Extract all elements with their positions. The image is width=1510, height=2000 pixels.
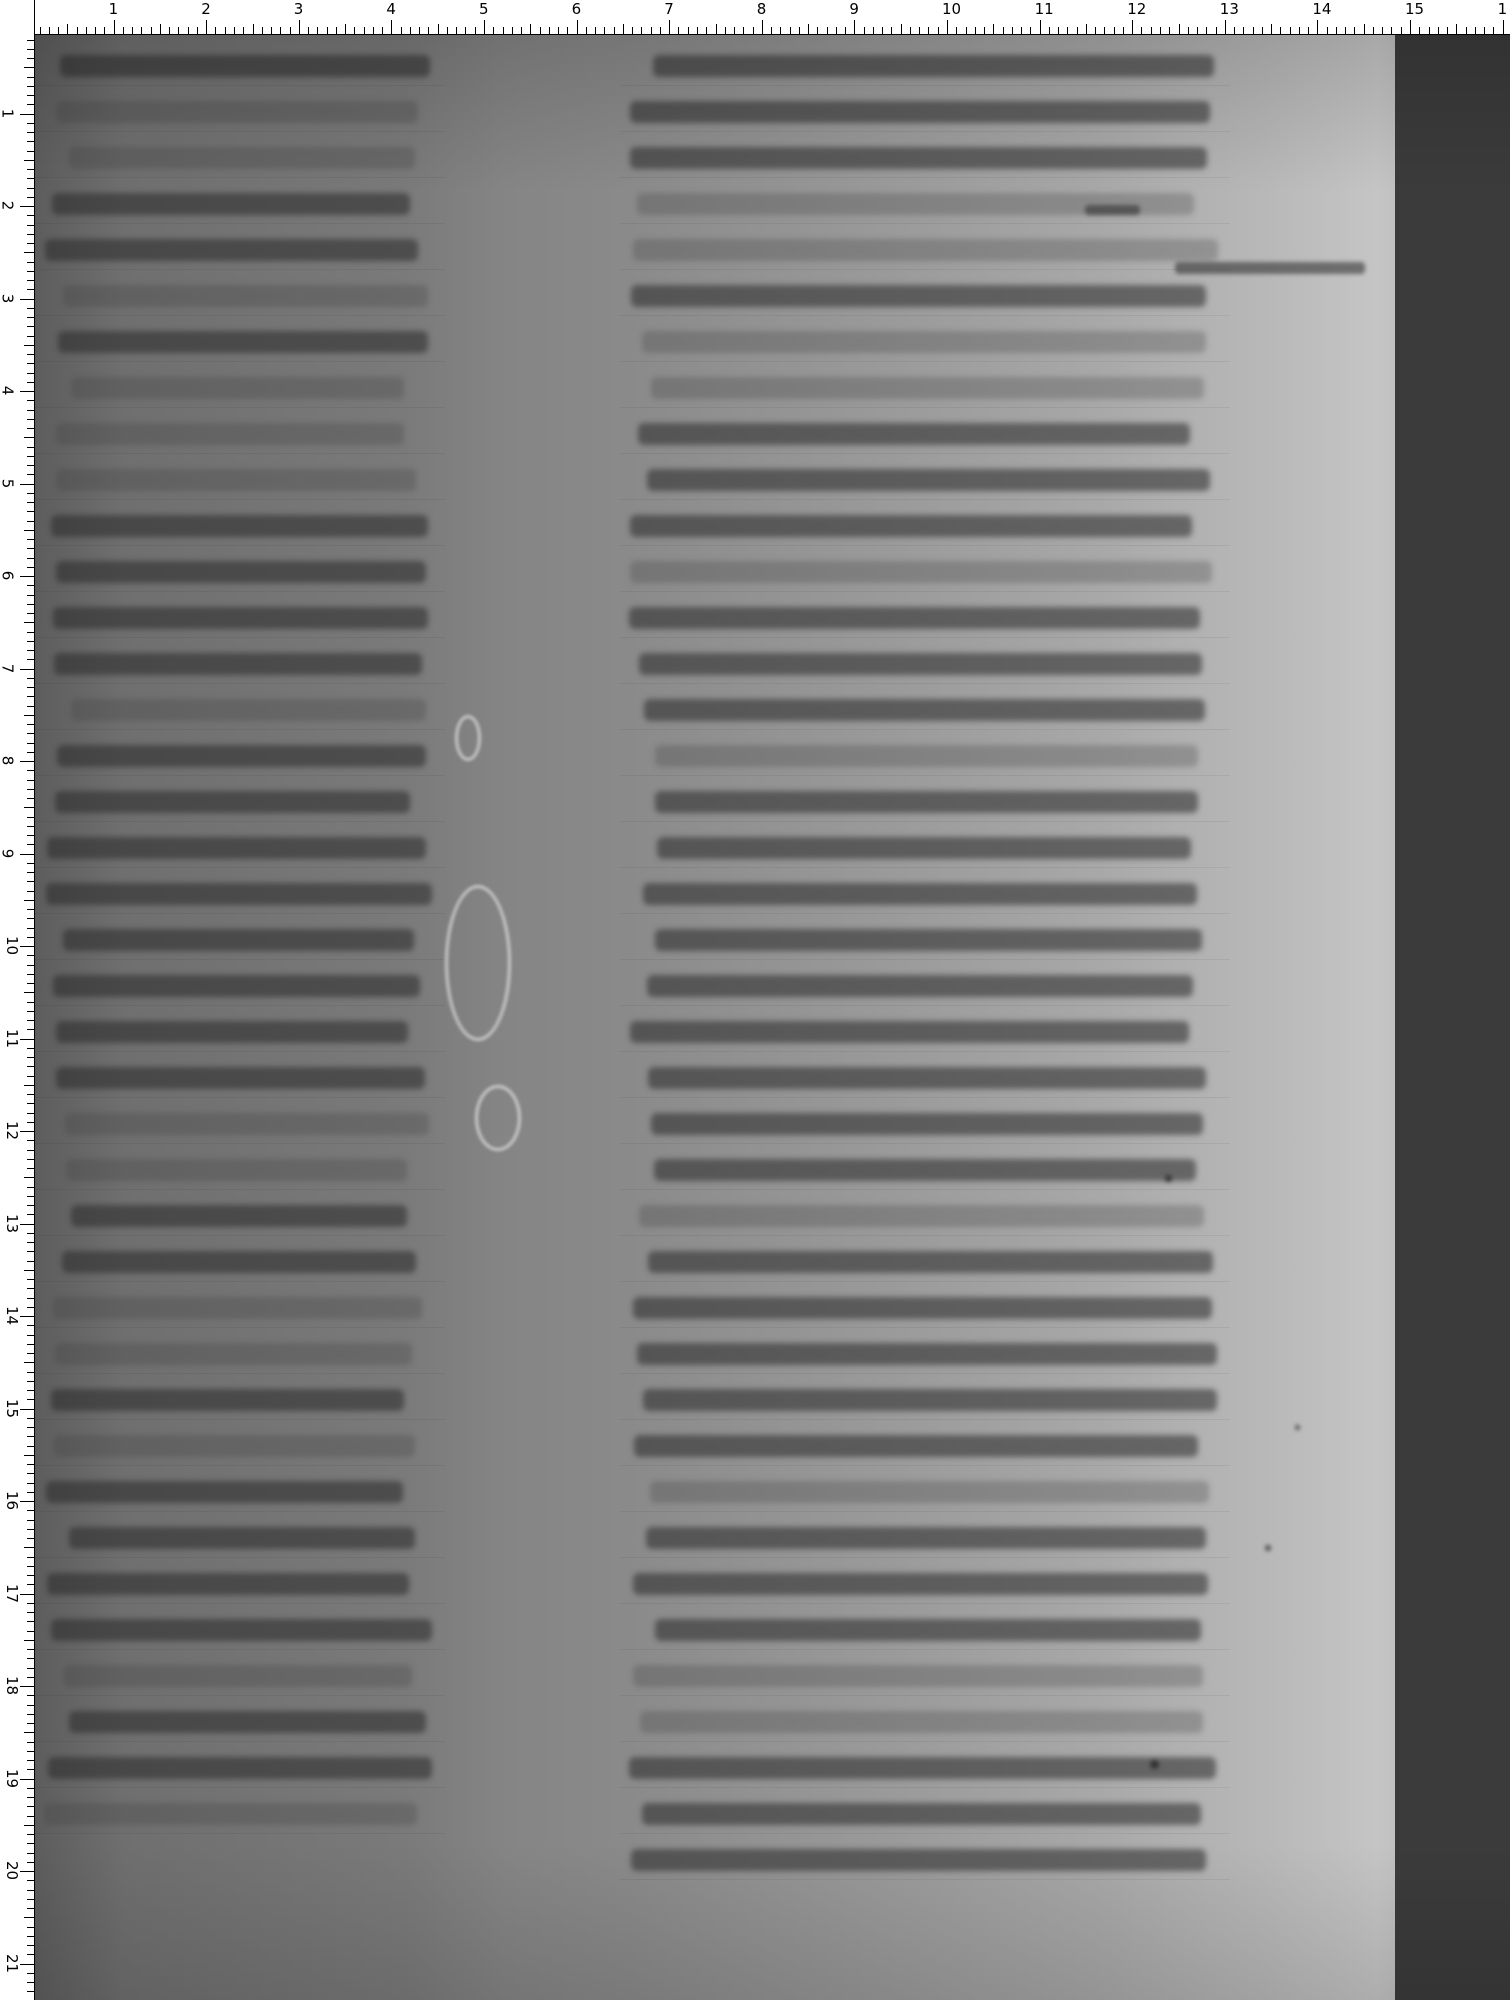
ruling-line bbox=[35, 637, 445, 638]
ruler-label: 3 bbox=[294, 2, 304, 17]
ruler-tick bbox=[27, 169, 34, 170]
ruling-line bbox=[620, 85, 1230, 86]
ruler-tick bbox=[27, 1890, 34, 1891]
ruler-tick bbox=[262, 27, 263, 34]
text-line bbox=[631, 285, 1206, 307]
ruling-line bbox=[35, 1097, 445, 1098]
ruler-tick bbox=[27, 308, 34, 309]
ruler-tick bbox=[24, 160, 34, 161]
text-line bbox=[650, 1481, 1209, 1503]
ruler-tick bbox=[27, 1862, 34, 1863]
ruler-label: 12 bbox=[4, 1121, 19, 1140]
ruler-tick bbox=[27, 1344, 34, 1345]
ink-spot bbox=[1265, 1545, 1271, 1551]
ruler-tick bbox=[27, 271, 34, 272]
ruling-line bbox=[35, 591, 445, 592]
ruler-tick bbox=[1280, 27, 1281, 34]
ruler-tick bbox=[753, 27, 754, 34]
text-line bbox=[56, 469, 417, 491]
ruler-tick bbox=[1206, 27, 1207, 34]
ruling-line bbox=[620, 1557, 1230, 1558]
text-line bbox=[69, 147, 415, 169]
ruler-tick bbox=[27, 40, 34, 41]
ruler-tick bbox=[58, 27, 59, 34]
ruler-tick bbox=[1049, 27, 1050, 34]
ruler-tick bbox=[27, 1649, 34, 1650]
ruler-tick bbox=[27, 928, 34, 929]
ruling-line bbox=[620, 1603, 1230, 1604]
ruler-tick bbox=[27, 955, 34, 956]
ruler-tick bbox=[27, 1390, 34, 1391]
ruler-tick bbox=[20, 484, 34, 485]
ruler-label: 6 bbox=[0, 571, 14, 581]
ruler-tick bbox=[132, 27, 133, 34]
text-line bbox=[71, 1205, 407, 1227]
manuscript-scan bbox=[35, 35, 1510, 2000]
ruler-tick bbox=[27, 585, 34, 586]
ruler-tick bbox=[27, 58, 34, 59]
ruler-tick bbox=[27, 752, 34, 753]
ruler-tick bbox=[27, 1464, 34, 1465]
text-line bbox=[643, 883, 1197, 905]
ruler-tick bbox=[160, 24, 161, 34]
ruler-tick bbox=[27, 650, 34, 651]
ruler-tick bbox=[901, 24, 902, 34]
ruler-label: 1 bbox=[1498, 2, 1508, 17]
ruler-tick bbox=[24, 1270, 34, 1271]
ruler-tick bbox=[1475, 27, 1476, 34]
ruler-tick bbox=[345, 24, 346, 34]
ruler-label: 2 bbox=[201, 2, 211, 17]
ruling-line bbox=[620, 1511, 1230, 1512]
ruler-tick bbox=[1438, 27, 1439, 34]
ruler-tick bbox=[27, 798, 34, 799]
ruler-label: 8 bbox=[757, 2, 767, 17]
ruler-tick bbox=[24, 622, 34, 623]
ruler-tick bbox=[27, 595, 34, 596]
ruler-tick bbox=[1123, 27, 1124, 34]
text-line bbox=[56, 561, 426, 583]
ruler-tick bbox=[27, 1954, 34, 1955]
ruler-tick bbox=[27, 1399, 34, 1400]
ruling-line bbox=[620, 499, 1230, 500]
ruler-tick bbox=[27, 419, 34, 420]
ruler-tick bbox=[1401, 27, 1402, 34]
ruler-label: 16 bbox=[4, 1491, 19, 1510]
ruler-tick bbox=[27, 844, 34, 845]
text-line bbox=[47, 837, 426, 859]
ruler-tick bbox=[27, 937, 34, 938]
ruler-label: 15 bbox=[1405, 2, 1424, 17]
ruler-label: 18 bbox=[4, 1676, 19, 1695]
ruler-tick bbox=[27, 447, 34, 448]
ruler-tick bbox=[27, 1353, 34, 1354]
ruler-tick bbox=[24, 1732, 34, 1733]
ruler-tick bbox=[20, 206, 34, 207]
text-line bbox=[56, 423, 404, 445]
ruler-tick bbox=[493, 27, 494, 34]
ruler-label: 11 bbox=[1035, 2, 1054, 17]
ruler-label: 21 bbox=[4, 1953, 19, 1972]
ruler-tick bbox=[799, 27, 800, 34]
text-line bbox=[643, 1389, 1217, 1411]
ruler-label: 10 bbox=[4, 936, 19, 955]
ruling-line bbox=[620, 1143, 1230, 1144]
top-ruler: 01234567891011121314151 bbox=[0, 0, 1510, 35]
text-line bbox=[630, 147, 1207, 169]
ruling-line bbox=[35, 1281, 445, 1282]
ruler-tick bbox=[27, 1196, 34, 1197]
ruler-tick bbox=[465, 27, 466, 34]
text-line bbox=[647, 975, 1193, 997]
ruler-tick bbox=[623, 24, 624, 34]
ruler-tick bbox=[725, 27, 726, 34]
ruler-tick bbox=[27, 724, 34, 725]
ruler-tick bbox=[1160, 27, 1161, 34]
ruler-tick bbox=[27, 826, 34, 827]
text-line bbox=[655, 745, 1198, 767]
ruler-tick bbox=[27, 1936, 34, 1937]
ruler-tick bbox=[651, 27, 652, 34]
ruler-tick bbox=[27, 1325, 34, 1326]
ruler-tick bbox=[873, 27, 874, 34]
text-line bbox=[53, 607, 428, 629]
ruler-tick bbox=[27, 86, 34, 87]
text-line bbox=[655, 929, 1201, 951]
ruler-tick bbox=[438, 24, 439, 34]
ruler-tick bbox=[27, 1677, 34, 1678]
ruler-tick bbox=[993, 24, 994, 34]
ruler-tick bbox=[484, 20, 485, 34]
ruler-tick bbox=[808, 24, 809, 34]
text-line bbox=[640, 1711, 1203, 1733]
ruler-tick bbox=[20, 114, 34, 115]
ruler-tick bbox=[20, 1779, 34, 1780]
text-line bbox=[71, 699, 426, 721]
ruler-tick bbox=[27, 465, 34, 466]
ruler-tick bbox=[27, 567, 34, 568]
text-line bbox=[631, 1849, 1206, 1871]
ruling-line bbox=[620, 1695, 1230, 1696]
ruler-tick bbox=[123, 27, 124, 34]
text-line bbox=[651, 1113, 1202, 1135]
ruler-tick bbox=[215, 27, 216, 34]
ruler-label: 9 bbox=[849, 2, 859, 17]
ruler-tick bbox=[1141, 27, 1142, 34]
ruler-tick bbox=[1290, 27, 1291, 34]
ruler-corner bbox=[0, 0, 34, 34]
ruling-line bbox=[35, 1005, 445, 1006]
ruler-tick bbox=[27, 1094, 34, 1095]
ruler-tick bbox=[1327, 27, 1328, 34]
ruler-tick bbox=[27, 632, 34, 633]
ruler-tick bbox=[27, 77, 34, 78]
ruler-tick bbox=[27, 215, 34, 216]
ruler-tick bbox=[1271, 24, 1272, 34]
ruler-tick bbox=[410, 27, 411, 34]
ruler-tick bbox=[1216, 27, 1217, 34]
ruler-tick bbox=[20, 1131, 34, 1132]
ruler-tick bbox=[1021, 27, 1022, 34]
ruler-tick bbox=[27, 1307, 34, 1308]
ruler-tick bbox=[27, 123, 34, 124]
ruler-label: 20 bbox=[4, 1861, 19, 1880]
ruler-tick bbox=[27, 49, 34, 50]
water-stain bbox=[475, 1085, 521, 1151]
ruler-tick bbox=[512, 27, 513, 34]
text-line bbox=[633, 1297, 1212, 1319]
ruler-tick bbox=[27, 1612, 34, 1613]
ruler-tick bbox=[27, 881, 34, 882]
ruler-label: 14 bbox=[1312, 2, 1331, 17]
ruling-line bbox=[35, 361, 445, 362]
scan-background-edge bbox=[1395, 35, 1510, 2000]
ruling-line bbox=[35, 223, 445, 224]
ruler-tick bbox=[1114, 27, 1115, 34]
ruler-tick bbox=[27, 1205, 34, 1206]
ruler-tick bbox=[1234, 27, 1235, 34]
ruler-tick bbox=[938, 27, 939, 34]
ruler-tick bbox=[928, 27, 929, 34]
ruler-tick bbox=[975, 27, 976, 34]
text-line bbox=[53, 975, 420, 997]
text-line bbox=[639, 1205, 1204, 1227]
ruler-tick bbox=[253, 24, 254, 34]
ruler-tick bbox=[20, 391, 34, 392]
ruler-tick bbox=[364, 27, 365, 34]
text-line bbox=[637, 1343, 1217, 1365]
ink-spot bbox=[1165, 1175, 1172, 1182]
text-line bbox=[642, 331, 1205, 353]
ruler-tick bbox=[40, 27, 41, 34]
ruler-tick bbox=[27, 1473, 34, 1474]
ruler-label: 9 bbox=[0, 848, 14, 858]
text-line bbox=[47, 1573, 409, 1595]
ruler-tick bbox=[27, 511, 34, 512]
ruler-tick bbox=[27, 382, 34, 383]
ruler-tick bbox=[27, 1298, 34, 1299]
ruler-tick bbox=[1364, 24, 1365, 34]
ruler-tick bbox=[27, 141, 34, 142]
ruler-tick bbox=[956, 27, 957, 34]
ruling-line bbox=[620, 637, 1230, 638]
ruler-tick bbox=[632, 27, 633, 34]
ruler-tick bbox=[308, 27, 309, 34]
ruler-tick bbox=[947, 20, 948, 34]
ruler-label: 11 bbox=[4, 1028, 19, 1047]
ruler-tick bbox=[891, 27, 892, 34]
ruler-tick bbox=[27, 1714, 34, 1715]
ruler-tick bbox=[1104, 27, 1105, 34]
text-line bbox=[630, 561, 1212, 583]
ruler-tick bbox=[27, 400, 34, 401]
ruler-tick bbox=[27, 428, 34, 429]
text-line bbox=[46, 1481, 404, 1503]
ruler-label: 4 bbox=[0, 386, 14, 396]
right-column bbox=[620, 35, 1230, 2000]
ruler-tick bbox=[1447, 27, 1448, 34]
ruler-tick bbox=[27, 1658, 34, 1659]
ruling-line bbox=[620, 1373, 1230, 1374]
ruler-tick bbox=[27, 1742, 34, 1743]
ruler-tick bbox=[27, 1557, 34, 1558]
ruler-tick bbox=[586, 27, 587, 34]
ruling-line bbox=[35, 1649, 445, 1650]
ruling-line bbox=[35, 1143, 445, 1144]
ruler-tick bbox=[817, 27, 818, 34]
ruler-tick bbox=[27, 1483, 34, 1484]
ruling-line bbox=[35, 1373, 445, 1374]
ruler-tick bbox=[27, 1261, 34, 1262]
ruler-tick bbox=[169, 27, 170, 34]
ruler-tick bbox=[24, 1362, 34, 1363]
text-line bbox=[56, 101, 418, 123]
ruler-tick bbox=[27, 132, 34, 133]
ruler-tick bbox=[790, 27, 791, 34]
ruler-tick bbox=[1067, 27, 1068, 34]
text-line bbox=[642, 1803, 1202, 1825]
ruler-tick bbox=[95, 27, 96, 34]
ruler-tick bbox=[27, 1066, 34, 1067]
ruler-tick bbox=[27, 1372, 34, 1373]
ruler-tick bbox=[151, 27, 152, 34]
text-line bbox=[51, 1389, 404, 1411]
ruler-tick bbox=[1373, 27, 1374, 34]
ruler-tick bbox=[27, 1584, 34, 1585]
ruler-tick bbox=[27, 1631, 34, 1632]
ruler-tick bbox=[27, 1621, 34, 1622]
ruler-label: 2 bbox=[0, 201, 14, 211]
text-line bbox=[65, 1113, 429, 1135]
text-line bbox=[648, 1251, 1214, 1273]
ruler-tick bbox=[24, 1825, 34, 1826]
ruler-tick bbox=[27, 706, 34, 707]
ruler-tick bbox=[27, 363, 34, 364]
ruler-tick bbox=[1151, 27, 1152, 34]
ruler-tick bbox=[27, 178, 34, 179]
text-line bbox=[633, 1665, 1204, 1687]
ruling-line bbox=[620, 407, 1230, 408]
ruler-tick bbox=[27, 1797, 34, 1798]
ruling-line bbox=[620, 959, 1230, 960]
ruler-tick bbox=[27, 1076, 34, 1077]
ruler-tick bbox=[27, 1029, 34, 1030]
ruler-tick bbox=[27, 743, 34, 744]
ruler-tick bbox=[401, 27, 402, 34]
ruler-tick bbox=[20, 1409, 34, 1410]
text-line bbox=[56, 1067, 425, 1089]
margin-note bbox=[1085, 205, 1140, 215]
text-line bbox=[655, 1619, 1201, 1641]
ruler-tick bbox=[1040, 20, 1041, 34]
ruler-tick bbox=[178, 27, 179, 34]
ruler-tick bbox=[49, 27, 50, 34]
ruler-tick bbox=[771, 27, 772, 34]
ruler-tick bbox=[27, 1436, 34, 1437]
ruler-label: 5 bbox=[479, 2, 489, 17]
text-line bbox=[55, 1343, 413, 1365]
ruling-line bbox=[620, 269, 1230, 270]
ruler-tick bbox=[1132, 20, 1133, 34]
ruler-tick bbox=[27, 151, 34, 152]
ruler-tick bbox=[27, 891, 34, 892]
ruling-line bbox=[620, 545, 1230, 546]
ruler-tick bbox=[27, 1020, 34, 1021]
ruler-tick bbox=[854, 20, 855, 34]
ruler-tick bbox=[780, 27, 781, 34]
ruler-tick bbox=[1179, 24, 1180, 34]
ruler-tick bbox=[27, 1057, 34, 1058]
ruler-tick bbox=[27, 733, 34, 734]
ruling-line bbox=[620, 1281, 1230, 1282]
ruler-tick bbox=[27, 289, 34, 290]
ruler-tick bbox=[428, 27, 429, 34]
text-line bbox=[46, 883, 432, 905]
ruler-tick bbox=[20, 299, 34, 300]
ruler-tick bbox=[24, 1640, 34, 1641]
ruler-tick bbox=[27, 678, 34, 679]
ruler-tick bbox=[521, 27, 522, 34]
ruler-tick bbox=[27, 336, 34, 337]
left-column bbox=[35, 35, 445, 2000]
ruler-tick bbox=[24, 1455, 34, 1456]
ruler-tick bbox=[27, 548, 34, 549]
text-line bbox=[633, 1573, 1207, 1595]
ruler-tick bbox=[1317, 20, 1318, 34]
ruler-tick bbox=[27, 1760, 34, 1761]
ruler-tick bbox=[20, 1501, 34, 1502]
ruler-tick bbox=[558, 27, 559, 34]
ruler-tick bbox=[77, 27, 78, 34]
ruler-tick bbox=[27, 1538, 34, 1539]
ruling-line bbox=[620, 131, 1230, 132]
ruler-tick bbox=[27, 1446, 34, 1447]
text-line bbox=[630, 515, 1191, 537]
ruler-label: 17 bbox=[4, 1583, 19, 1602]
ruling-line bbox=[620, 1189, 1230, 1190]
text-line bbox=[630, 101, 1210, 123]
text-line bbox=[638, 423, 1190, 445]
ruling-line bbox=[620, 729, 1230, 730]
ruler-tick bbox=[20, 1039, 34, 1040]
ruler-tick bbox=[27, 1668, 34, 1669]
ruler-tick bbox=[336, 27, 337, 34]
ruler-tick bbox=[456, 27, 457, 34]
ruler-tick bbox=[27, 474, 34, 475]
ruler-tick bbox=[1225, 20, 1226, 34]
ruler-tick bbox=[391, 20, 392, 34]
ruler-tick bbox=[1308, 27, 1309, 34]
ruler-tick bbox=[27, 456, 34, 457]
ruler-tick bbox=[1030, 27, 1031, 34]
ruler-tick bbox=[27, 1899, 34, 1900]
ruling-line bbox=[620, 1465, 1230, 1466]
ruling-line bbox=[620, 361, 1230, 362]
ruler-tick bbox=[234, 27, 235, 34]
ruler-tick bbox=[27, 373, 34, 374]
ruler-tick bbox=[910, 27, 911, 34]
ruler-tick bbox=[1262, 27, 1263, 34]
ruling-line bbox=[620, 315, 1230, 316]
ruler-label: 1 bbox=[0, 108, 14, 118]
ruling-line bbox=[620, 1787, 1230, 1788]
ruler-tick bbox=[27, 1048, 34, 1049]
ruler-tick bbox=[188, 27, 189, 34]
ruler-tick bbox=[24, 437, 34, 438]
ruling-line bbox=[35, 1419, 445, 1420]
ruler-tick bbox=[1299, 27, 1300, 34]
text-line bbox=[646, 1527, 1206, 1549]
